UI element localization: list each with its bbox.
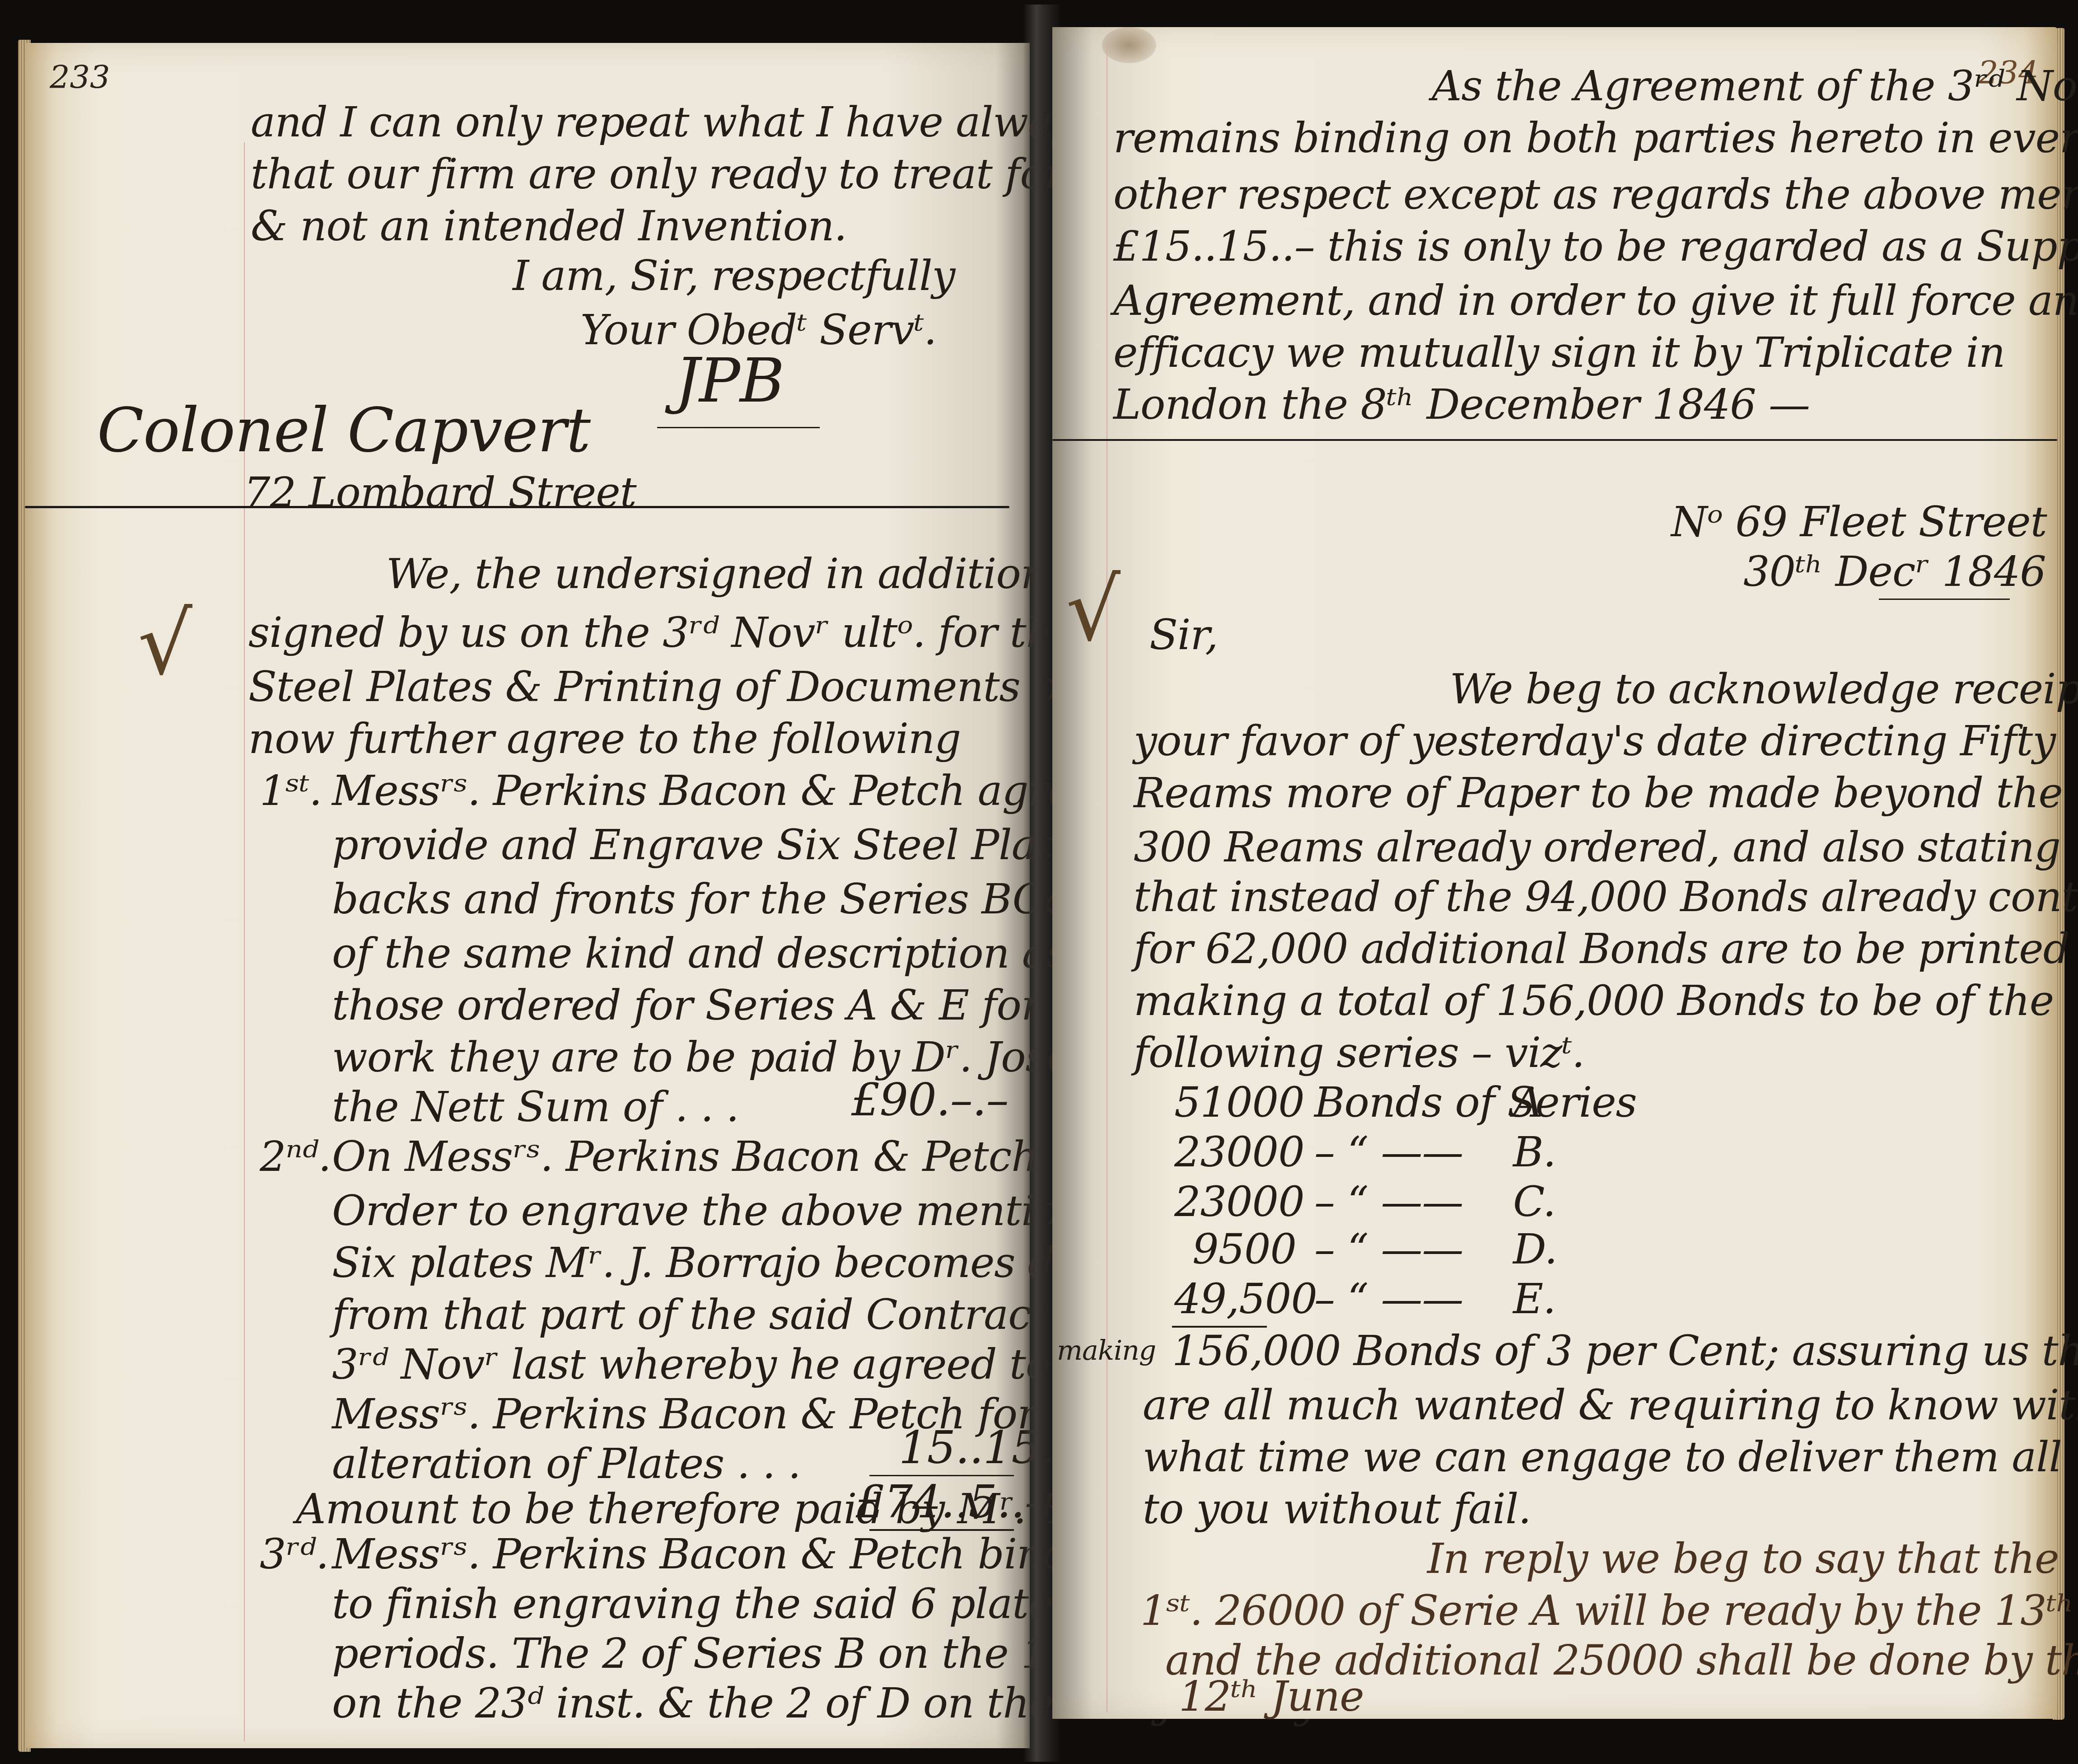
item-line: Order to engrave the above mentioned <box>332 1190 1135 1232</box>
letter-address: Nᵒ 69 Fleet Street <box>1671 501 2047 543</box>
letter-date: 30ᵗʰ Decʳ 1846 <box>1743 551 2046 593</box>
letter-line: making a total of 156,000 Bonds to be of… <box>1134 980 2054 1022</box>
bond-desc: – “ —— <box>1314 1278 1463 1320</box>
addressee-name: Colonel Capvert <box>97 400 590 461</box>
letter-line: to you without fail. <box>1143 1488 1531 1530</box>
amount: £90.–.– <box>851 1077 1008 1123</box>
agreement-line: efficacy we mutually sign it by Triplica… <box>1113 332 2005 374</box>
bond-desc: – “ —— <box>1314 1181 1463 1223</box>
signature: JPB <box>675 350 784 411</box>
bond-desc: – “ —— <box>1314 1229 1463 1270</box>
bond-series: E. <box>1513 1278 1555 1320</box>
page-number: 233 <box>50 59 110 96</box>
letter-line: that instead of the 94,000 Bonds already… <box>1134 876 2078 918</box>
reply-line: 1ˢᵗ. 26000 of Serie A will be ready by t… <box>1140 1590 2078 1632</box>
left-page: 233 and I can only repeat what I have al… <box>25 43 1030 1748</box>
item-line: backs and fronts for the Series BC&D <box>332 879 1113 920</box>
date-underline <box>1879 599 2010 600</box>
letter-line: & not an intended Invention. <box>251 206 847 247</box>
bond-qty: 51000 <box>1174 1082 1304 1123</box>
bond-qty: 49,500 <box>1174 1278 1317 1320</box>
bond-desc: Bonds of Series <box>1314 1082 1637 1123</box>
total-line: 156,000 Bonds of 3 per Cent; assuring us… <box>1172 1330 2078 1372</box>
item-line: of the same kind and description as <box>332 933 1067 974</box>
right-page: 234 As the Agreement of the 3ʳᵈ Novʳ las… <box>1052 27 2057 1719</box>
entry-separator-rule <box>25 506 1009 508</box>
letter-line: your favor of yesterday's date directing… <box>1134 721 2055 762</box>
letter-line: for 62,000 additional Bonds are to be pr… <box>1134 928 2069 970</box>
salutation: Sir, <box>1149 614 1218 656</box>
signature-underline <box>657 427 820 428</box>
item-label: 1ˢᵗ. <box>260 770 322 812</box>
red-margin-line <box>1107 45 1107 1712</box>
checkmark-icon: √ <box>138 594 192 694</box>
agreement-line: £15..15..– this is only to be regarded a… <box>1113 226 2078 267</box>
bond-series: D. <box>1513 1229 1557 1270</box>
agreement-line: other respect except as regards the abov… <box>1113 174 2078 215</box>
letter-line: Reams more of Paper to be made beyond th… <box>1134 772 2063 814</box>
agreement-line: remains binding on both parties hereto i… <box>1113 117 2078 159</box>
item-label: 3ʳᵈ. <box>260 1534 329 1575</box>
closing-line: I am, Sir, respectfully <box>513 255 955 297</box>
item-line: alteration of Plates . . . <box>332 1443 801 1485</box>
letter-line: are all much wanted & requiring to know … <box>1143 1385 2078 1426</box>
item-line: the Nett Sum of . . . <box>332 1086 739 1128</box>
ink-stain <box>1102 27 1156 63</box>
entry-separator-rule <box>1052 439 2057 441</box>
letter-line: following series – vizᵗ. <box>1134 1032 1584 1074</box>
letter-line: We beg to acknowledge receipt of <box>1450 669 2078 710</box>
red-margin-line <box>244 142 245 1741</box>
amount-total: £74..5..– <box>856 1479 1047 1525</box>
reply-line: In reply we beg to say that the <box>1427 1538 2059 1580</box>
agreement-line: Agreement, and in order to give it full … <box>1113 280 2078 322</box>
letter-line: 300 Reams already ordered, and also stat… <box>1134 827 2060 868</box>
total-prefix: making <box>1057 1337 1156 1364</box>
bond-series: A <box>1513 1082 1542 1123</box>
checkmark-icon: √ <box>1066 560 1121 660</box>
letter-line: what time we can engage to deliver them … <box>1143 1436 2062 1478</box>
bond-qty: 23000 <box>1174 1181 1304 1223</box>
item-label: 2ⁿᵈ. <box>260 1136 331 1178</box>
bond-series: B. <box>1513 1132 1556 1173</box>
bond-qty: 23000 <box>1174 1132 1304 1173</box>
agreement-line: London the 8ᵗʰ December 1846 — <box>1113 384 1810 426</box>
agreement-line: As the Agreement of the 3ʳᵈ Novʳ last <box>1432 66 2078 107</box>
bond-qty: 9500 <box>1192 1229 1296 1270</box>
reply-line: 12ᵗʰ June <box>1179 1676 1364 1717</box>
item-line: provide and Engrave Six Steel Plates <box>332 824 1097 866</box>
bond-desc: – “ —— <box>1314 1132 1463 1173</box>
bond-series: C. <box>1513 1181 1555 1223</box>
agreement-line: now further agree to the following <box>248 718 961 760</box>
